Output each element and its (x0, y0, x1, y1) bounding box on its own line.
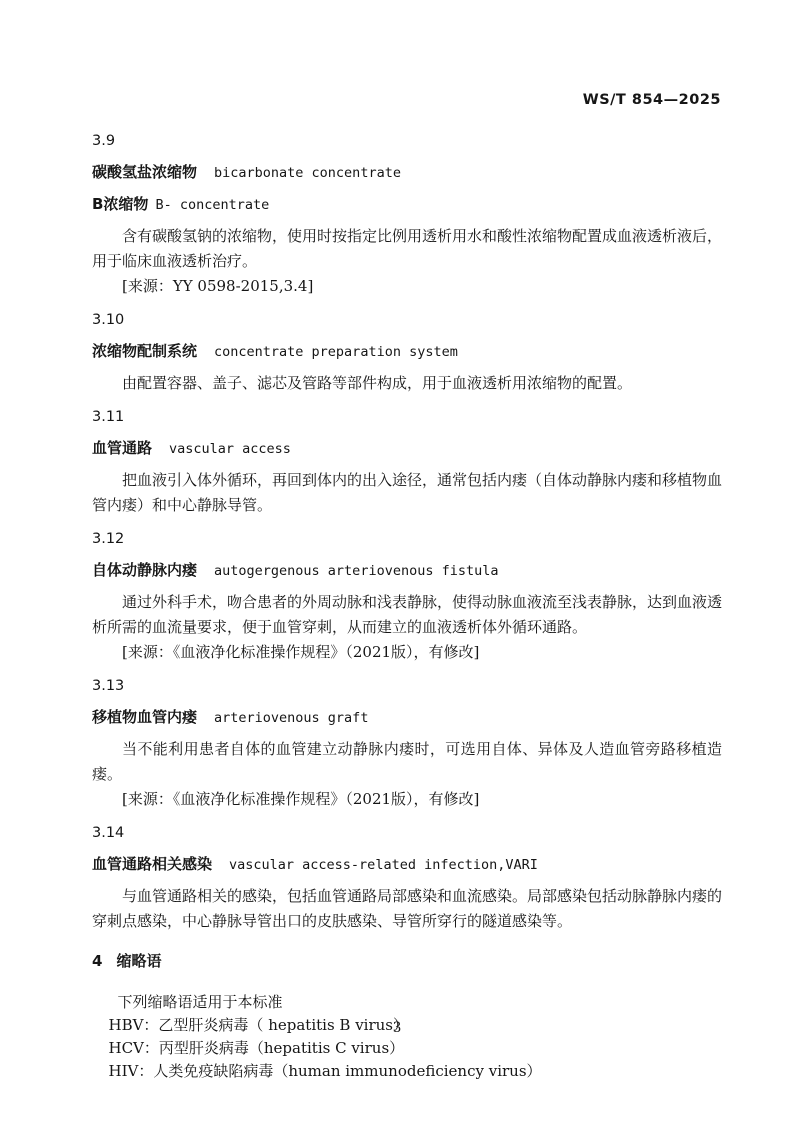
section-heading: 4缩略语 (92, 949, 722, 974)
term-source: [来源：YY 0598-2015,3.4] (92, 274, 722, 299)
term-line: 自体动静脉内瘘autogergenous arteriovenous fistu… (92, 557, 722, 584)
term-english: bicarbonate concentrate (214, 165, 401, 181)
term-english: arteriovenous graft (214, 710, 368, 726)
term-chinese: 血管通路 (92, 439, 152, 457)
term-english: concentrate preparation system (214, 344, 458, 360)
document-page: WS/T 854—2025 3.9 碳酸氢盐浓缩物bicarbonate con… (0, 0, 794, 1123)
section-number: 4 (92, 952, 102, 970)
term-line: 血管通路相关感染vascular access-related infectio… (92, 851, 722, 878)
abbreviation-item-hiv: HIV：人类免疫缺陷病毒（human immunodeficiency viru… (92, 1060, 722, 1083)
term-line: 血管通路vascular access (92, 435, 722, 462)
term-section-3-11: 3.11 血管通路vascular access 把血液引入体外循环，再回到体内… (92, 405, 722, 518)
term-english: vascular access-related infection,VARI (229, 857, 538, 873)
term-section-3-10: 3.10 浓缩物配制系统concentrate preparation syst… (92, 308, 722, 396)
term-alias-english: B- concentrate (155, 197, 269, 213)
term-chinese: 浓缩物配制系统 (92, 342, 197, 360)
term-definition: 含有碳酸氢钠的浓缩物，使用时按指定比例用透析用水和酸性浓缩物配置成血液透析液后，… (92, 224, 722, 274)
term-source: [来源：《血液净化标准操作规程》（2021版），有修改] (92, 640, 722, 665)
abbreviation-item-hcv: HCV：丙型肝炎病毒（hepatitis C virus） (92, 1037, 722, 1060)
term-english: vascular access (169, 441, 291, 457)
term-number: 3.14 (92, 821, 722, 846)
term-definition: 由配置容器、盖子、滤芯及管路等部件构成，用于血液透析用浓缩物的配置。 (92, 371, 722, 396)
term-alias-chinese: B浓缩物 (92, 195, 148, 213)
abbreviations-intro: 下列缩略语适用于本标准 (92, 991, 722, 1014)
term-english: autogergenous arteriovenous fistula (214, 563, 498, 579)
term-section-3-13: 3.13 移植物血管内瘘arteriovenous graft 当不能利用患者自… (92, 674, 722, 812)
term-number: 3.12 (92, 527, 722, 552)
term-chinese: 血管通路相关感染 (92, 855, 212, 873)
term-chinese: 移植物血管内瘘 (92, 708, 197, 726)
term-definition: 把血液引入体外循环，再回到体内的出入途径，通常包括内瘘（自体动静脉内瘘和移植物血… (92, 468, 722, 518)
term-line: 浓缩物配制系统concentrate preparation system (92, 338, 722, 365)
term-definition: 与血管通路相关的感染，包括血管通路局部感染和血流感染。局部感染包括动脉静脉内瘘的… (92, 884, 722, 934)
term-alias-line: B浓缩物B- concentrate (92, 191, 722, 218)
page-content: 3.9 碳酸氢盐浓缩物bicarbonate concentrate B浓缩物B… (92, 129, 722, 1083)
term-number: 3.9 (92, 129, 722, 154)
term-section-3-12: 3.12 自体动静脉内瘘autogergenous arteriovenous … (92, 527, 722, 665)
term-definition: 当不能利用患者自体的血管建立动静脉内瘘时，可选用自体、异体及人造血管旁路移植造瘘… (92, 737, 722, 787)
term-definition: 通过外科手术，吻合患者的外周动脉和浅表静脉，使得动脉血液流至浅表静脉，达到血液透… (92, 590, 722, 640)
term-number: 3.13 (92, 674, 722, 699)
section-title: 缩略语 (116, 952, 161, 970)
abbreviations-section: 4缩略语 下列缩略语适用于本标准 HBV：乙型肝炎病毒（ hepatitis B… (92, 949, 722, 1083)
term-chinese: 自体动静脉内瘘 (92, 561, 197, 579)
page-number: 3 (0, 1020, 794, 1036)
term-section-3-9: 3.9 碳酸氢盐浓缩物bicarbonate concentrate B浓缩物B… (92, 129, 722, 299)
term-number: 3.11 (92, 405, 722, 430)
term-line: 碳酸氢盐浓缩物bicarbonate concentrate (92, 159, 722, 186)
term-section-3-14: 3.14 血管通路相关感染vascular access-related inf… (92, 821, 722, 934)
term-chinese: 碳酸氢盐浓缩物 (92, 163, 197, 181)
term-number: 3.10 (92, 308, 722, 333)
term-line: 移植物血管内瘘arteriovenous graft (92, 704, 722, 731)
term-source: [来源：《血液净化标准操作规程》（2021版），有修改] (92, 787, 722, 812)
standard-code-header: WS/T 854—2025 (583, 92, 721, 108)
